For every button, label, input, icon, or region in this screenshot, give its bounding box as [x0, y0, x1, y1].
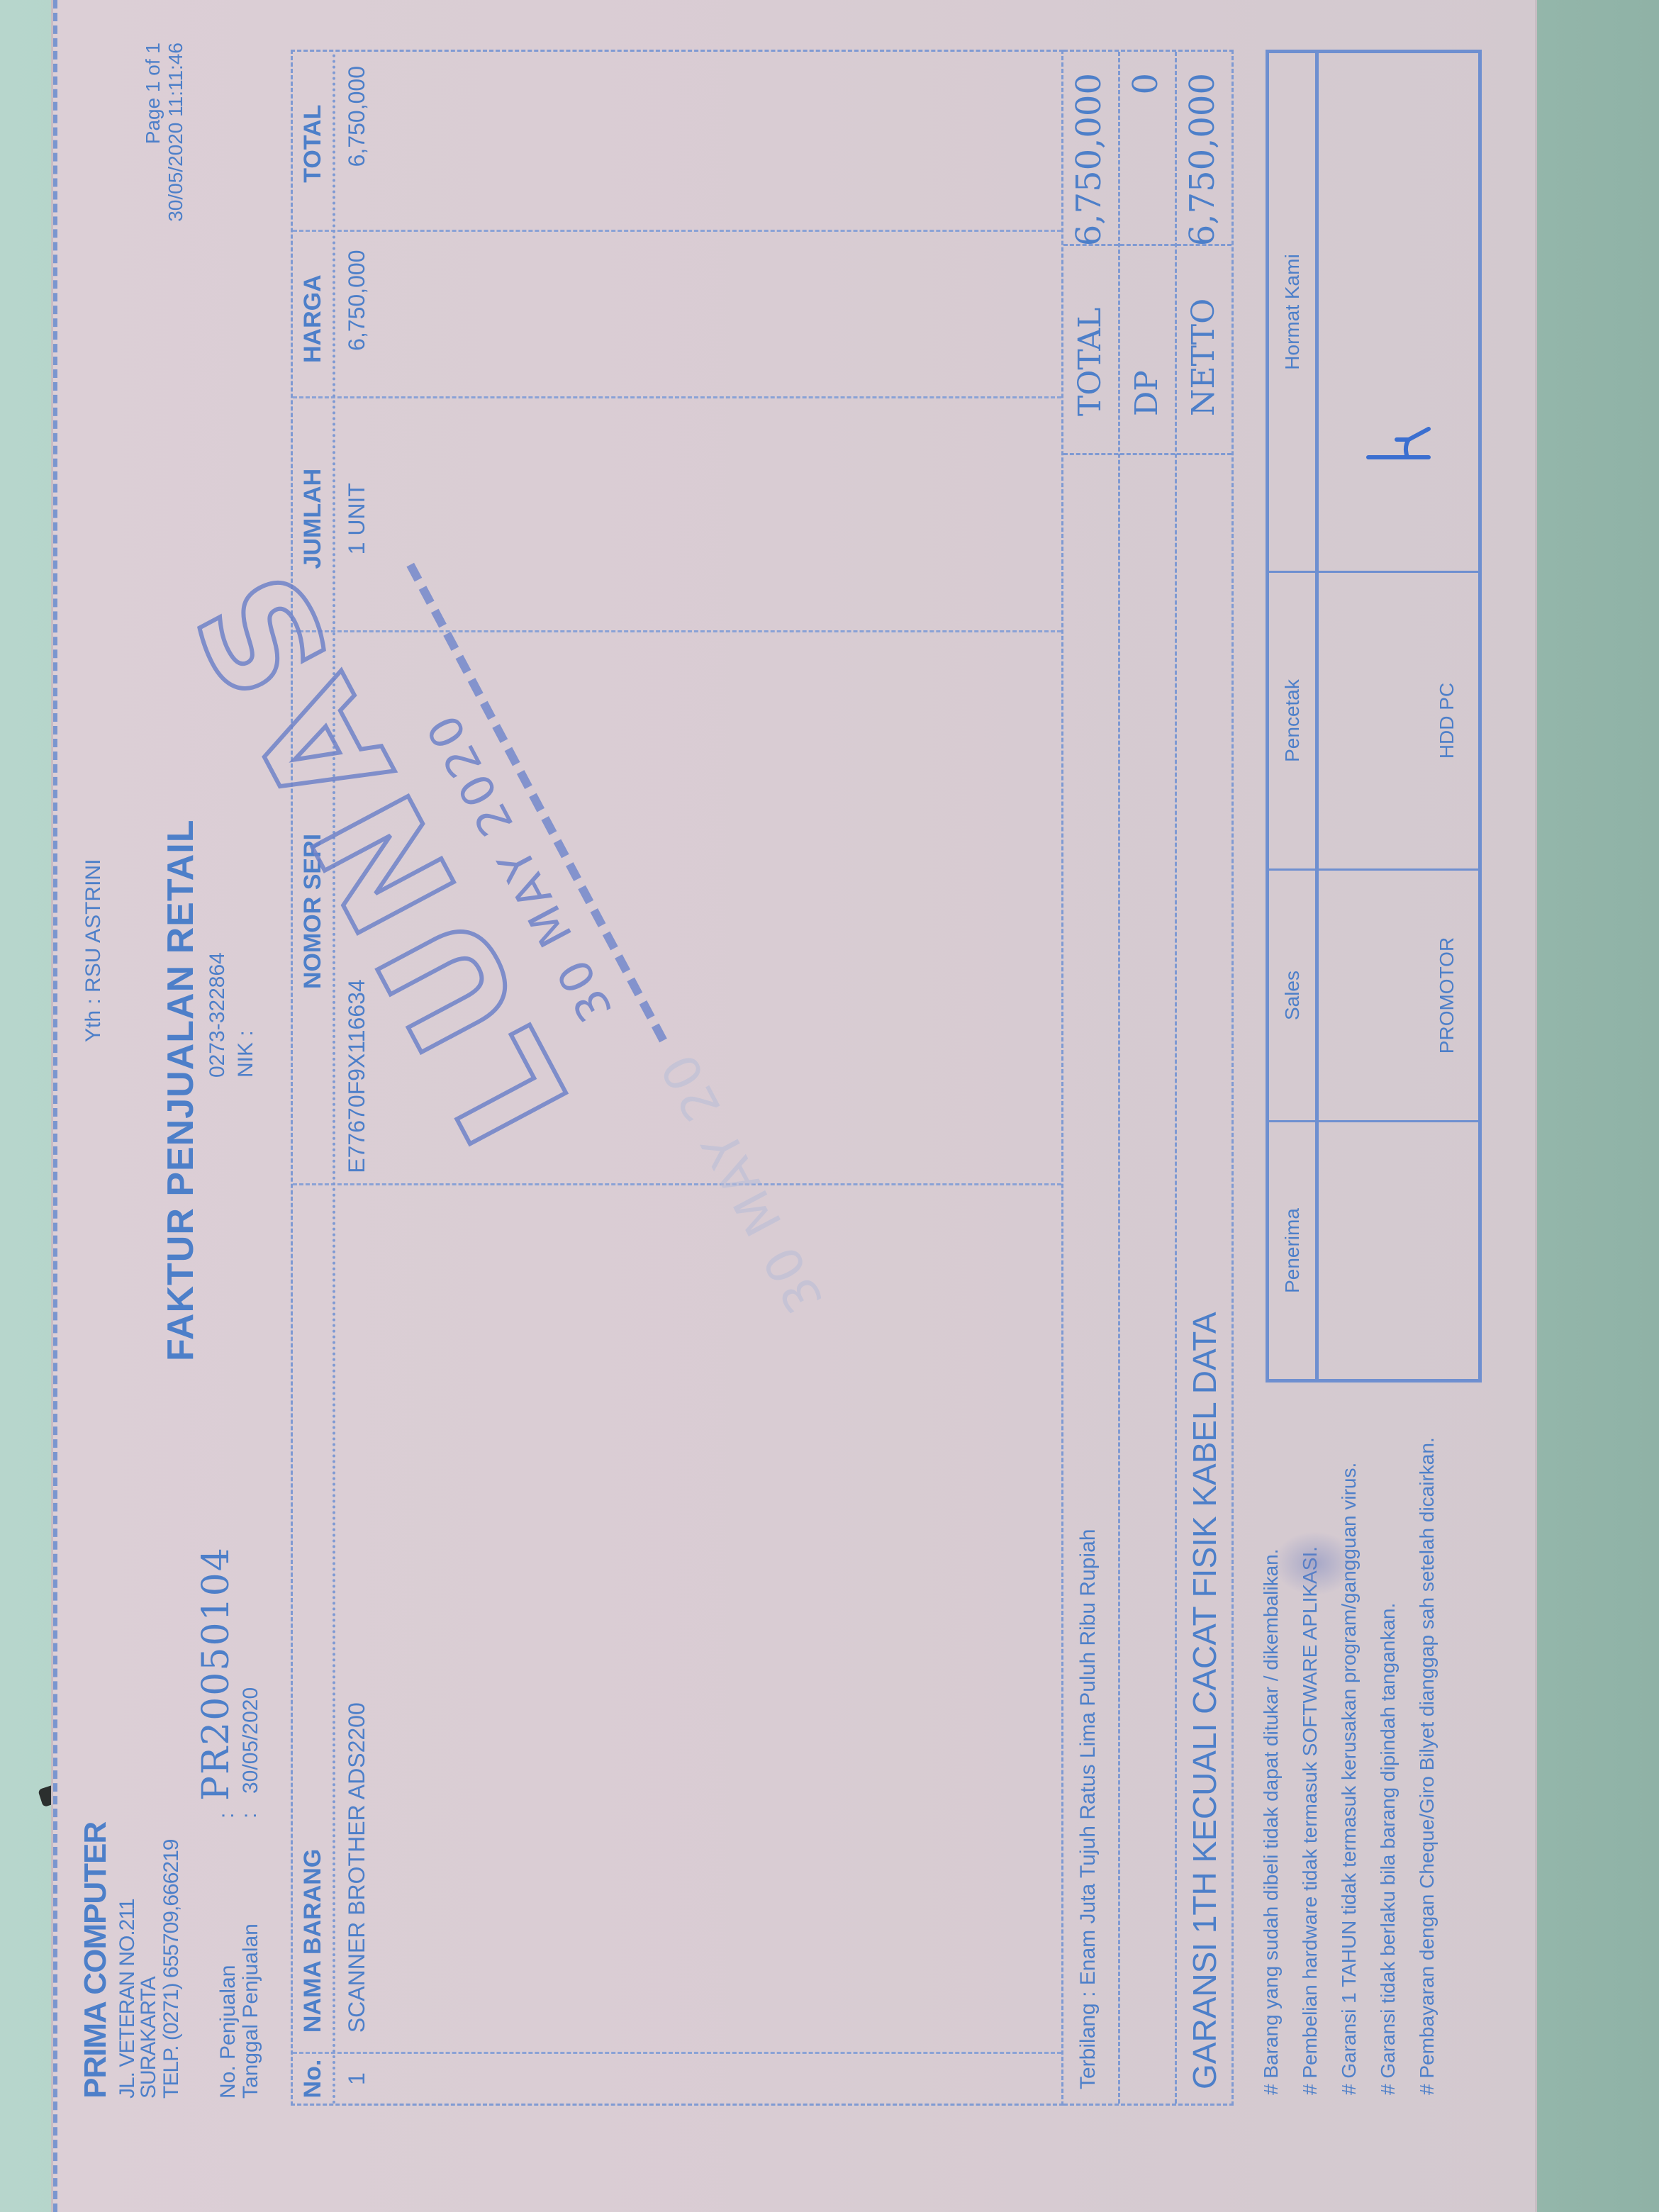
header-no: No.	[293, 2054, 333, 2104]
company-address: JL. VETERAN NO.211	[116, 1899, 140, 2099]
dp-label: DP	[1129, 370, 1165, 416]
row-no: 1	[341, 2054, 384, 2104]
summary-section: Terbilang : Enam Juta Tujuh Ratus Lima P…	[1063, 50, 1234, 2106]
page-number: Page 1 of 1	[142, 43, 164, 222]
dp-value: 0	[1126, 73, 1166, 95]
handwritten-signature-icon	[1365, 422, 1436, 471]
recipient-label: Yth :	[82, 998, 105, 1042]
company-phone: TELP. (0271) 655709,666219	[160, 1840, 184, 2099]
sig-cell-hormat-kami	[1319, 53, 1478, 571]
page-info: Page 1 of 1 30/05/2020 11:11:46	[142, 43, 187, 222]
row-total: 6,750,000	[341, 52, 384, 235]
table-row: 1 SCANNER BROTHER ADS2200 E77670F9X11663…	[341, 52, 384, 2104]
perforated-edge	[53, 0, 60, 2212]
company-name: PRIMA COMPUTER	[78, 1822, 113, 2099]
total-label: TOTAL	[1072, 308, 1108, 416]
sig-header-sales: Sales	[1269, 868, 1319, 1120]
row-harga: 6,750,000	[341, 235, 384, 402]
row-nama-barang: SCANNER BROTHER ADS2200	[341, 1188, 384, 2054]
sig-header-pencetak: Pencetak	[1269, 571, 1319, 868]
invoice-paper: PRIMA COMPUTER JL. VETERAN NO.211 SURAKA…	[53, 0, 1535, 2212]
printed-timestamp: 30/05/2020 11:11:46	[164, 43, 187, 222]
netto-value: 6,750,000	[1183, 73, 1222, 246]
note-item: # Garansi tidak berlaku bila barang dipi…	[1368, 1437, 1407, 2095]
recipient-phone: 0273-322864	[206, 952, 230, 1078]
amount-in-words: Terbilang : Enam Juta Tujuh Ratus Lima P…	[1076, 1529, 1100, 2089]
sale-number-label: No. Penjualan	[216, 1965, 240, 2099]
warranty-note: GARANSI 1TH KECUALI CACAT FISIK KABEL DA…	[1185, 1312, 1224, 2089]
netto-label: NETTO	[1185, 298, 1222, 416]
sig-cell-sales: PROMOTOR	[1319, 868, 1478, 1120]
summary-line-total: Terbilang : Enam Juta Tujuh Ratus Lima P…	[1063, 52, 1120, 2104]
sig-cell-pencetak: HDD PC	[1319, 571, 1478, 868]
company-city: SURAKARTA	[137, 1977, 161, 2099]
recipient-nik-label: NIK :	[234, 1030, 258, 1078]
recipient-name: RSU ASTRINI	[82, 859, 105, 993]
column-divider	[293, 1183, 1061, 1185]
sig-cell-penerima	[1319, 1120, 1478, 1379]
header-harga: HARGA	[293, 235, 333, 402]
sig-header-penerima: Penerima	[1269, 1120, 1319, 1379]
summary-line-dp: DP 0	[1120, 52, 1177, 2104]
sale-number-colon: :	[215, 1813, 239, 1819]
total-value: 6,750,000	[1069, 73, 1109, 246]
column-divider	[293, 230, 1061, 232]
sig-value-sales: PROMOTOR	[1436, 871, 1458, 1120]
sig-value-pencetak: HDD PC	[1436, 573, 1458, 868]
summary-line-netto: GARANSI 1TH KECUALI CACAT FISIK KABEL DA…	[1177, 52, 1234, 2104]
sale-date-colon: :	[238, 1813, 262, 1819]
header-nama-barang: NAMA BARANG	[293, 1188, 333, 2055]
sig-header-hormat-kami: Hormat Kami	[1269, 53, 1319, 571]
recipient: Yth : RSU ASTRINI	[82, 859, 106, 1042]
sale-date-value: 30/05/2020	[239, 1687, 263, 1794]
table-header: No. NAMA BARANG NOMOR SERI JUMLAH HARGA …	[293, 52, 335, 2104]
column-divider	[293, 2052, 1061, 2054]
sale-number-value: PR20050104	[195, 1546, 238, 1801]
note-item: # Pembayaran dengan Cheque/Giro Bilyet d…	[1407, 1437, 1446, 2095]
sale-date-label: Tanggal Penjualan	[239, 1923, 263, 2099]
signature-table: Penerima Sales Pencetak Hormat Kami PROM…	[1266, 50, 1482, 1382]
column-divider	[293, 396, 1061, 398]
ink-smudge	[1273, 1531, 1358, 1595]
header-total: TOTAL	[293, 52, 333, 235]
document-title: FAKTUR PENJUALAN RETAIL	[160, 820, 202, 1361]
